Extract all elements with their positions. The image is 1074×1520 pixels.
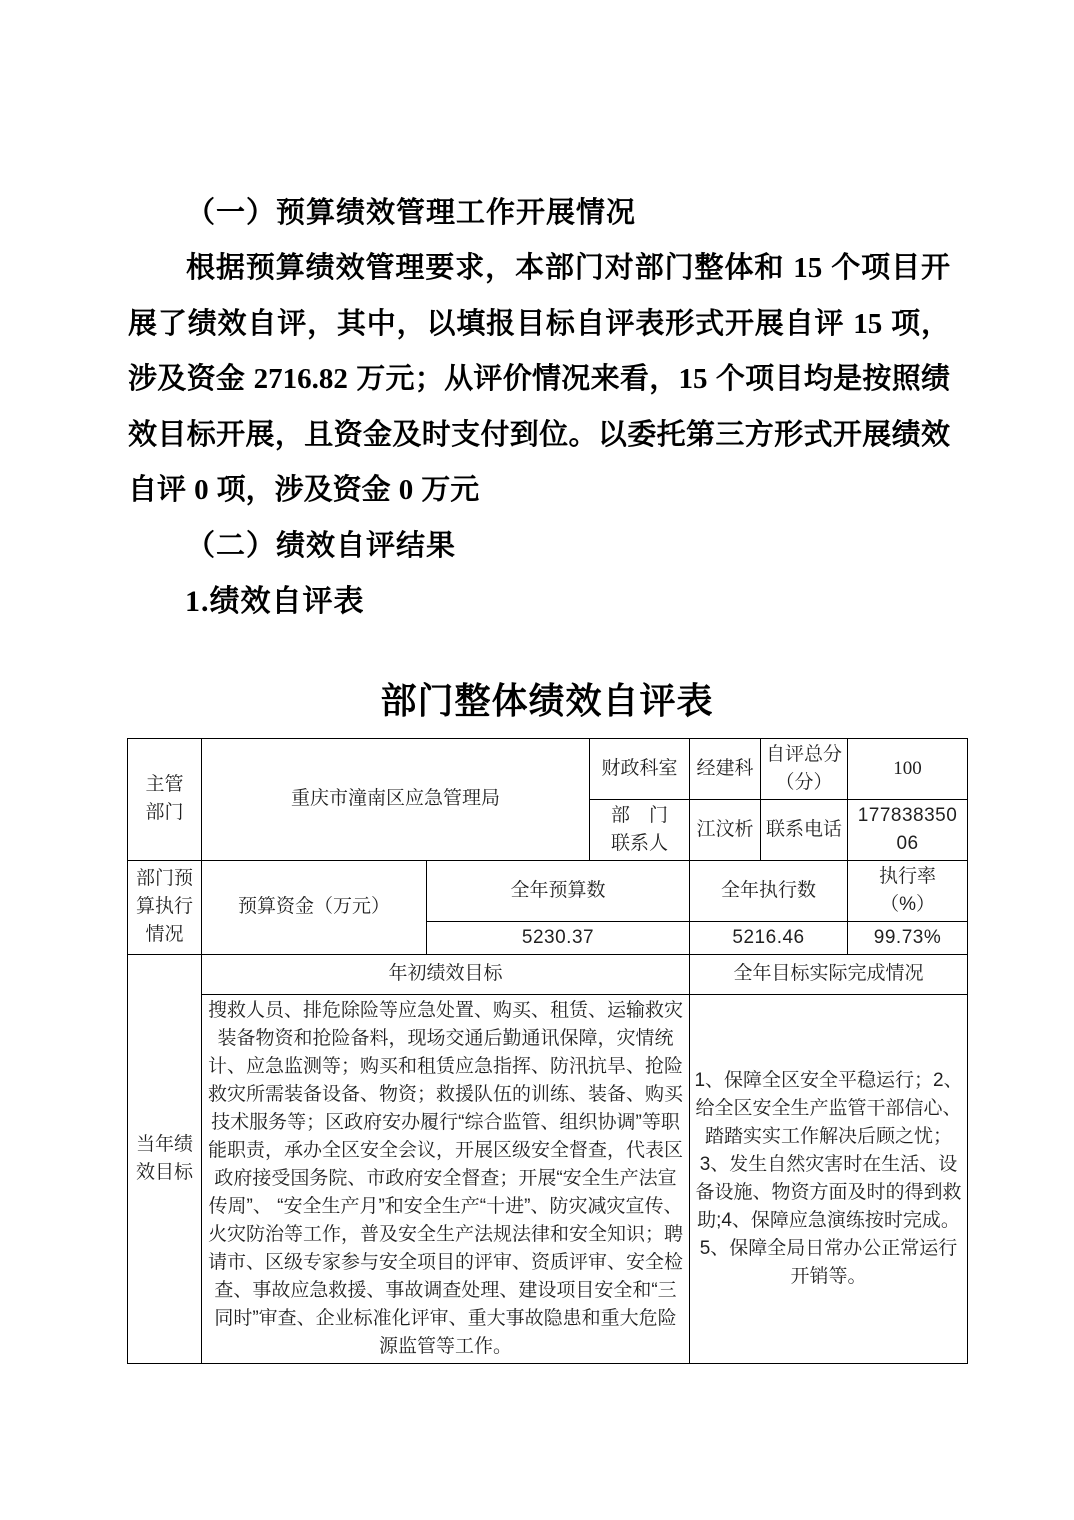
- self-evaluation-table: 主管部门 重庆市潼南区应急管理局 财政科室 经建科 自评总分（分） 100 部 …: [127, 738, 968, 1364]
- paragraph-line: 自评 0 项，涉及资金 0 万元: [128, 463, 950, 519]
- document-page: （一）预算绩效管理工作开展情况 根据预算绩效管理要求，本部门对部门整体和 15 …: [0, 0, 1074, 1520]
- cell-execution-rate-value: 99.73%: [848, 921, 968, 954]
- cell-dept-label: 主管部门: [128, 738, 202, 860]
- cell-completion-text: 1、保障全区安全平稳运行；2、给全区安全生产监管干部信心、踏踏实实工作解决后顾之…: [690, 994, 968, 1363]
- paragraph-line: 效目标开展，且资金及时支付到位。以委托第三方形式开展绩效: [128, 408, 950, 464]
- cell-dept-name: 重庆市潼南区应急管理局: [202, 738, 590, 860]
- cell-goals-row-label: 当年绩效目标: [128, 954, 202, 1363]
- paragraph-line: 涉及资金 2716.82 万元；从评价情况来看，15 个项目均是按照绩: [128, 352, 950, 408]
- cell-annual-execution-label: 全年执行数: [690, 860, 848, 921]
- paragraph-line: 根据预算绩效管理要求，本部门对部门整体和 15 个项目开: [128, 241, 950, 297]
- cell-annual-budget-label: 全年预算数: [427, 860, 690, 921]
- cell-self-score-value: 100: [848, 738, 968, 799]
- section-heading-1: （一）预算绩效管理工作开展情况: [128, 186, 950, 241]
- cell-phone-label: 联系电话: [761, 799, 848, 860]
- cell-annual-execution-value: 5216.46: [690, 921, 848, 954]
- cell-completion-header: 全年目标实际完成情况: [690, 954, 968, 994]
- cell-initial-goals-header: 年初绩效目标: [202, 954, 690, 994]
- cell-finance-office-label: 财政科室: [590, 738, 690, 799]
- section-heading-2: （二）绩效自评结果: [128, 519, 950, 574]
- sub-heading: 1.绩效自评表: [128, 574, 950, 629]
- cell-contact-name: 江汶析: [690, 799, 761, 860]
- cell-finance-office-value: 经建科: [690, 738, 761, 799]
- cell-phone-value: 17783835006: [848, 799, 968, 860]
- table-title: 部门整体绩效自评表: [127, 673, 967, 728]
- cell-initial-goals-text: 搜救人员、排危除险等应急处置、购买、租赁、运输救灾装备物资和抢险备料，现场交通后…: [202, 994, 690, 1363]
- cell-budget-row-label: 部门预算执行情况: [128, 860, 202, 954]
- document-content: （一）预算绩效管理工作开展情况 根据预算绩效管理要求，本部门对部门整体和 15 …: [128, 186, 950, 1364]
- paragraph-line: 展了绩效自评，其中，以填报目标自评表形式开展自评 15 项，: [128, 297, 950, 353]
- cell-execution-rate-label: 执行率（%）: [848, 860, 968, 921]
- cell-contact-label: 部 门联系人: [590, 799, 690, 860]
- cell-fund-label: 预算资金（万元）: [202, 860, 427, 954]
- cell-annual-budget-value: 5230.37: [427, 921, 690, 954]
- cell-self-score-label: 自评总分（分）: [761, 738, 848, 799]
- intro-paragraph: 根据预算绩效管理要求，本部门对部门整体和 15 个项目开 展了绩效自评，其中，以…: [128, 241, 950, 519]
